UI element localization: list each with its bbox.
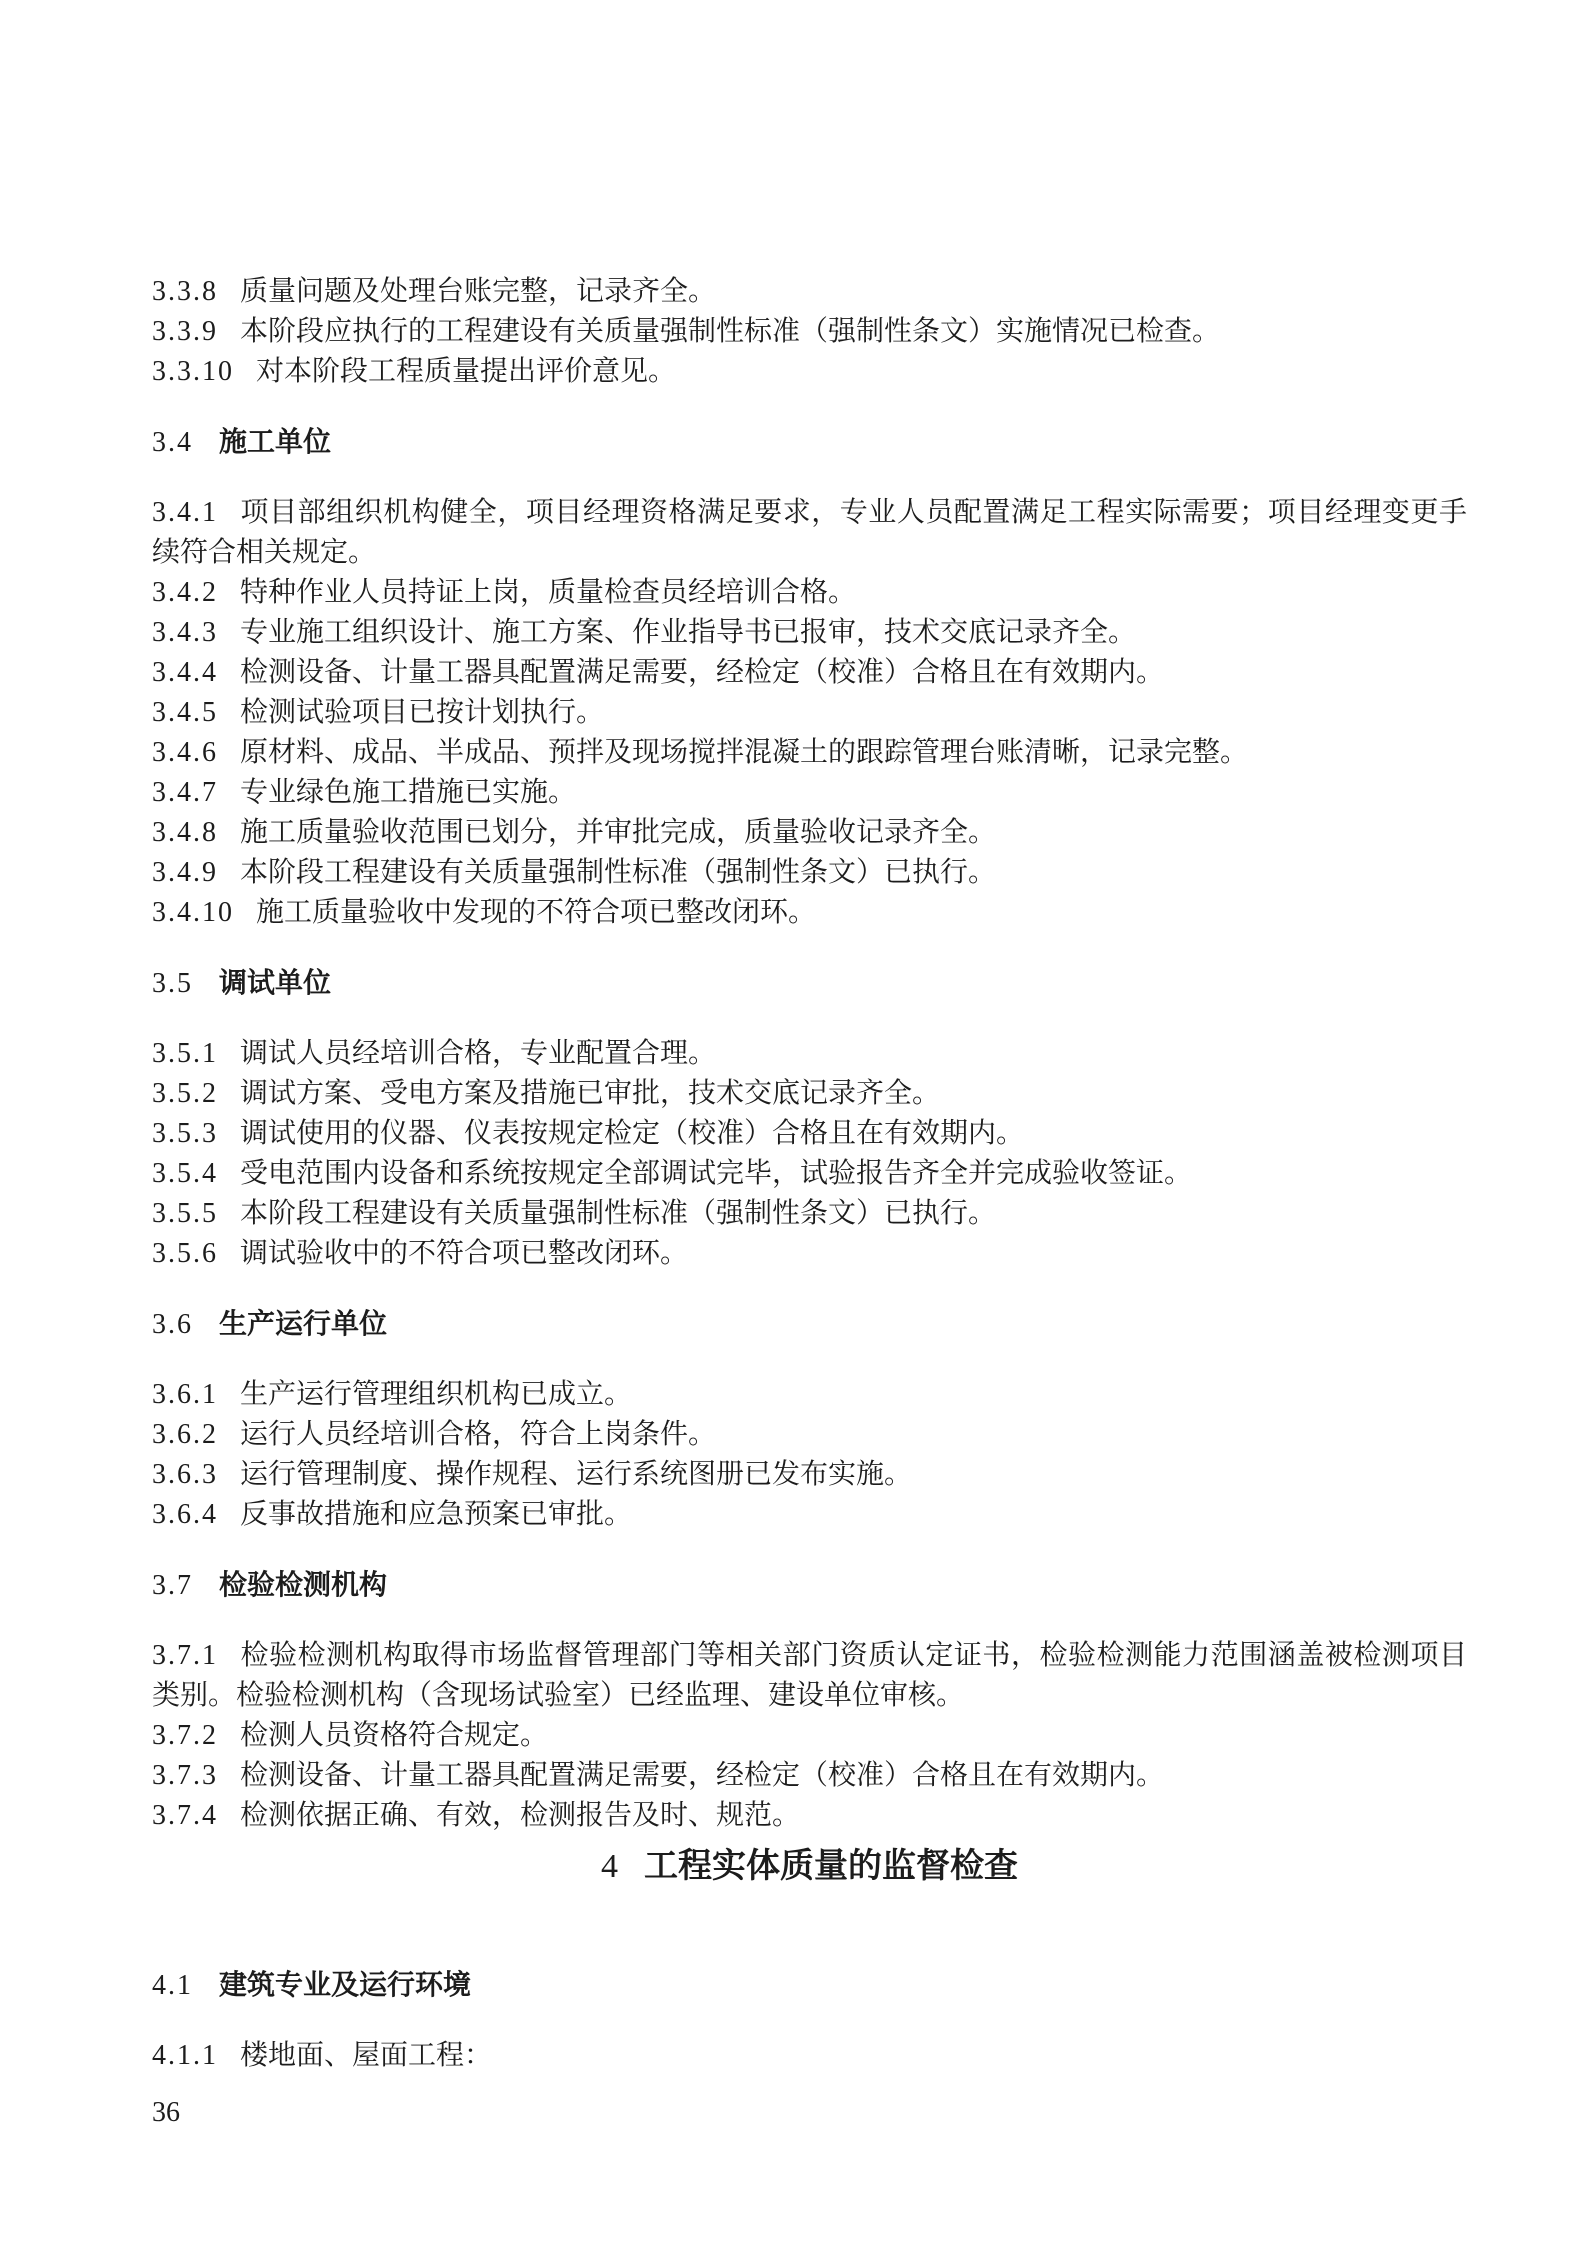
clause-3-5-5: 3.5.5本阶段工程建设有关质量强制性标准（强制性条文）已执行。	[152, 1194, 1467, 1234]
clause-number: 3.4.6	[152, 737, 218, 768]
clause-number: 3.6.1	[152, 1379, 218, 1410]
clause-text: 受电范围内设备和系统按规定全部调试完毕，试验报告齐全并完成验收签证。	[240, 1158, 1192, 1189]
section-number: 4.1	[152, 1970, 193, 2001]
clause-text: 检测试验项目已按计划执行。	[240, 697, 604, 728]
clause-3-7-2: 3.7.2检测人员资格符合规定。	[152, 1716, 1467, 1756]
clause-text: 项目部组织机构健全，项目经理资格满足要求，专业人员配置满足工程实际需要；项目经理…	[152, 497, 1467, 568]
clause-number: 3.7.1	[152, 1640, 218, 1671]
clause-3-4-2: 3.4.2特种作业人员持证上岗，质量检查员经培训合格。	[152, 573, 1467, 613]
clause-text: 施工质量验收中发现的不符合项已整改闭环。	[256, 897, 816, 928]
clause-text: 生产运行管理组织机构已成立。	[240, 1379, 632, 1410]
clause-number: 3.4.4	[152, 657, 218, 688]
clause-3-7-1: 3.7.1检验检测机构取得市场监督管理部门等相关部门资质认定证书，检验检测能力范…	[152, 1636, 1467, 1716]
clause-text: 专业施工组织设计、施工方案、作业指导书已报审，技术交底记录齐全。	[240, 617, 1136, 648]
section-heading-3-5: 3.5调试单位	[152, 963, 1467, 1004]
clause-number: 3.4.3	[152, 617, 218, 648]
clause-number: 3.4.8	[152, 817, 218, 848]
clause-3-4-5: 3.4.5检测试验项目已按计划执行。	[152, 693, 1467, 733]
clause-3-6-2: 3.6.2运行人员经培训合格，符合上岗条件。	[152, 1415, 1467, 1455]
clause-3-4-7: 3.4.7专业绿色施工措施已实施。	[152, 773, 1467, 813]
chapter-title: 工程实体质量的监督检查	[644, 1847, 1018, 1885]
clause-text: 检验检测机构取得市场监督管理部门等相关部门资质认定证书，检验检测能力范围涵盖被检…	[152, 1640, 1467, 1711]
section-title: 生产运行单位	[219, 1308, 387, 1339]
section-number: 3.4	[152, 427, 193, 458]
section-number: 3.6	[152, 1309, 193, 1340]
section-heading-4-1: 4.1建筑专业及运行环境	[152, 1965, 1467, 2006]
clause-3-5-2: 3.5.2调试方案、受电方案及措施已审批，技术交底记录齐全。	[152, 1074, 1467, 1114]
clause-3-4-4: 3.4.4检测设备、计量工器具配置满足需要，经检定（校准）合格且在有效期内。	[152, 653, 1467, 693]
clause-3-5-1: 3.5.1调试人员经培训合格，专业配置合理。	[152, 1034, 1467, 1074]
clause-number: 3.3.9	[152, 316, 218, 347]
clause-3-3-9: 3.3.9本阶段应执行的工程建设有关质量强制性标准（强制性条文）实施情况已检查。	[152, 312, 1467, 352]
clause-text: 楼地面、屋面工程：	[240, 2040, 492, 2071]
clause-text: 调试方案、受电方案及措施已审批，技术交底记录齐全。	[240, 1078, 940, 1109]
clause-number: 3.4.10	[152, 897, 234, 928]
clause-text: 检测依据正确、有效，检测报告及时、规范。	[240, 1800, 800, 1831]
clause-text: 原材料、成品、半成品、预拌及现场搅拌混凝土的跟踪管理台账清晰，记录完整。	[240, 737, 1248, 768]
clause-number: 3.3.8	[152, 276, 218, 307]
clause-number: 3.6.3	[152, 1459, 218, 1490]
clause-3-6-3: 3.6.3运行管理制度、操作规程、运行系统图册已发布实施。	[152, 1455, 1467, 1495]
clause-3-4-1: 3.4.1项目部组织机构健全，项目经理资格满足要求，专业人员配置满足工程实际需要…	[152, 493, 1467, 573]
clause-text: 检测设备、计量工器具配置满足需要，经检定（校准）合格且在有效期内。	[240, 657, 1164, 688]
section-heading-3-7: 3.7检验检测机构	[152, 1565, 1467, 1606]
clause-text: 检测设备、计量工器具配置满足需要，经检定（校准）合格且在有效期内。	[240, 1760, 1164, 1791]
clause-number: 4.1.1	[152, 2040, 218, 2071]
clause-number: 3.4.9	[152, 857, 218, 888]
section-title: 建筑专业及运行环境	[219, 1969, 471, 2000]
section-heading-3-6: 3.6生产运行单位	[152, 1304, 1467, 1345]
clause-text: 检测人员资格符合规定。	[240, 1720, 548, 1751]
clause-3-4-3: 3.4.3专业施工组织设计、施工方案、作业指导书已报审，技术交底记录齐全。	[152, 613, 1467, 653]
section-heading-3-4: 3.4施工单位	[152, 422, 1467, 463]
clause-text: 本阶段应执行的工程建设有关质量强制性标准（强制性条文）实施情况已检查。	[240, 316, 1220, 347]
clause-3-5-4: 3.5.4受电范围内设备和系统按规定全部调试完毕，试验报告齐全并完成验收签证。	[152, 1154, 1467, 1194]
clause-4-1-1: 4.1.1楼地面、屋面工程：	[152, 2036, 1467, 2076]
clause-text: 本阶段工程建设有关质量强制性标准（强制性条文）已执行。	[240, 857, 996, 888]
clause-text: 质量问题及处理台账完整，记录齐全。	[240, 276, 716, 307]
clause-text: 调试验收中的不符合项已整改闭环。	[240, 1238, 688, 1269]
clause-3-3-8: 3.3.8质量问题及处理台账完整，记录齐全。	[152, 272, 1467, 312]
clause-number: 3.4.5	[152, 697, 218, 728]
clause-number: 3.5.1	[152, 1038, 218, 1069]
clause-3-3-10: 3.3.10对本阶段工程质量提出评价意见。	[152, 352, 1467, 392]
section-title: 调试单位	[219, 967, 331, 998]
section-number: 3.7	[152, 1570, 193, 1601]
document-page: 3.3.8质量问题及处理台账完整，记录齐全。 3.3.9本阶段应执行的工程建设有…	[0, 0, 1587, 2245]
clause-text: 反事故措施和应急预案已审批。	[240, 1499, 632, 1530]
chapter-heading-4: 4工程实体质量的监督检查	[152, 1844, 1467, 1889]
clause-3-4-10: 3.4.10施工质量验收中发现的不符合项已整改闭环。	[152, 893, 1467, 933]
section-number: 3.5	[152, 968, 193, 999]
page-number: 36	[152, 2093, 1467, 2133]
clause-text: 对本阶段工程质量提出评价意见。	[256, 356, 676, 387]
clause-number: 3.7.4	[152, 1800, 218, 1831]
clause-number: 3.5.6	[152, 1238, 218, 1269]
clause-3-6-1: 3.6.1生产运行管理组织机构已成立。	[152, 1375, 1467, 1415]
chapter-number: 4	[601, 1848, 618, 1885]
clause-number: 3.4.2	[152, 577, 218, 608]
clause-number: 3.6.4	[152, 1499, 218, 1530]
clause-text: 施工质量验收范围已划分，并审批完成，质量验收记录齐全。	[240, 817, 996, 848]
section-title: 检验检测机构	[219, 1569, 387, 1600]
clause-number: 3.7.2	[152, 1720, 218, 1751]
clause-number: 3.4.1	[152, 497, 218, 528]
clause-3-5-6: 3.5.6调试验收中的不符合项已整改闭环。	[152, 1234, 1467, 1274]
clause-text: 特种作业人员持证上岗，质量检查员经培训合格。	[240, 577, 856, 608]
clause-3-4-9: 3.4.9本阶段工程建设有关质量强制性标准（强制性条文）已执行。	[152, 853, 1467, 893]
clause-text: 运行人员经培训合格，符合上岗条件。	[240, 1419, 716, 1450]
clause-3-7-4: 3.7.4检测依据正确、有效，检测报告及时、规范。	[152, 1796, 1467, 1836]
clause-text: 调试使用的仪器、仪表按规定检定（校准）合格且在有效期内。	[240, 1118, 1024, 1149]
clause-3-7-3: 3.7.3检测设备、计量工器具配置满足需要，经检定（校准）合格且在有效期内。	[152, 1756, 1467, 1796]
clause-number: 3.5.2	[152, 1078, 218, 1109]
clause-number: 3.3.10	[152, 356, 234, 387]
clause-number: 3.7.3	[152, 1760, 218, 1791]
clause-3-5-3: 3.5.3调试使用的仪器、仪表按规定检定（校准）合格且在有效期内。	[152, 1114, 1467, 1154]
clause-text: 本阶段工程建设有关质量强制性标准（强制性条文）已执行。	[240, 1198, 996, 1229]
clause-number: 3.5.4	[152, 1158, 218, 1189]
section-title: 施工单位	[219, 426, 331, 457]
clause-3-4-6: 3.4.6原材料、成品、半成品、预拌及现场搅拌混凝土的跟踪管理台账清晰，记录完整…	[152, 733, 1467, 773]
clause-text: 专业绿色施工措施已实施。	[240, 777, 576, 808]
clause-number: 3.6.2	[152, 1419, 218, 1450]
clause-3-6-4: 3.6.4反事故措施和应急预案已审批。	[152, 1495, 1467, 1535]
clause-text: 调试人员经培训合格，专业配置合理。	[240, 1038, 716, 1069]
clause-text: 运行管理制度、操作规程、运行系统图册已发布实施。	[240, 1459, 912, 1490]
clause-number: 3.4.7	[152, 777, 218, 808]
clause-number: 3.5.5	[152, 1198, 218, 1229]
clause-number: 3.5.3	[152, 1118, 218, 1149]
clause-3-4-8: 3.4.8施工质量验收范围已划分，并审批完成，质量验收记录齐全。	[152, 813, 1467, 853]
